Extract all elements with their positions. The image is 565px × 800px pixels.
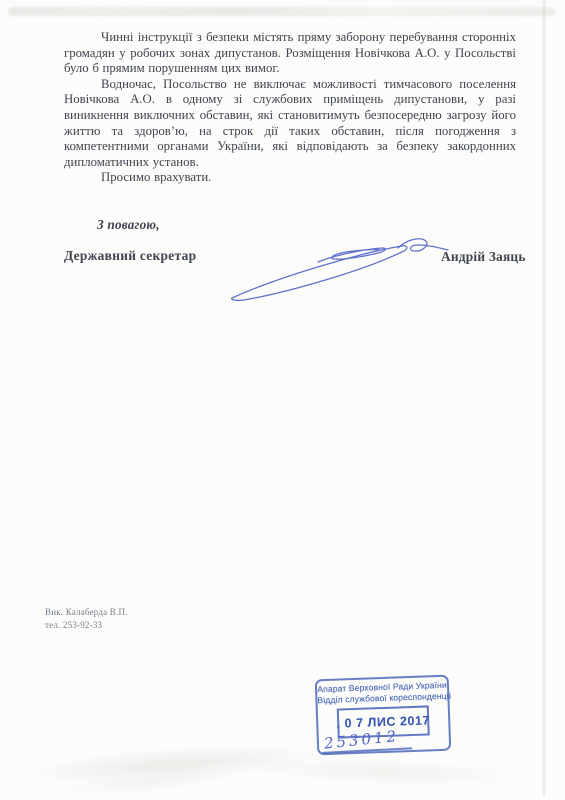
executor-phone: тел. 253-92-33: [45, 619, 128, 632]
signature-ink-scribble: [230, 234, 452, 306]
registration-stamp: Апарат Верховної Ради України Відділ слу…: [315, 675, 452, 756]
scan-artifact-page-edge: [543, 0, 545, 796]
signer-title: Державний секретар: [64, 248, 196, 264]
letter-body: Чинні інструкції з безпеки містять пряму…: [64, 30, 516, 186]
paragraph: Просимо врахувати.: [64, 170, 516, 186]
closing-salutation: З повагою,: [97, 217, 160, 233]
signer-name: Андрій Заяць: [441, 249, 526, 265]
scanned-letter-page: Чинні інструкції з безпеки містять пряму…: [0, 0, 565, 800]
scan-artifact-top-band: [8, 7, 555, 16]
executor-name: Вик. Калаберда В.П.: [45, 606, 128, 619]
executor-note: Вик. Калаберда В.П. тел. 253-92-33: [45, 606, 128, 631]
paragraph: Водночас, Посольство не виключає можливо…: [64, 77, 516, 171]
scan-artifact-smudge: [240, 757, 531, 787]
paragraph: Чинні інструкції з безпеки містять пряму…: [64, 30, 516, 77]
